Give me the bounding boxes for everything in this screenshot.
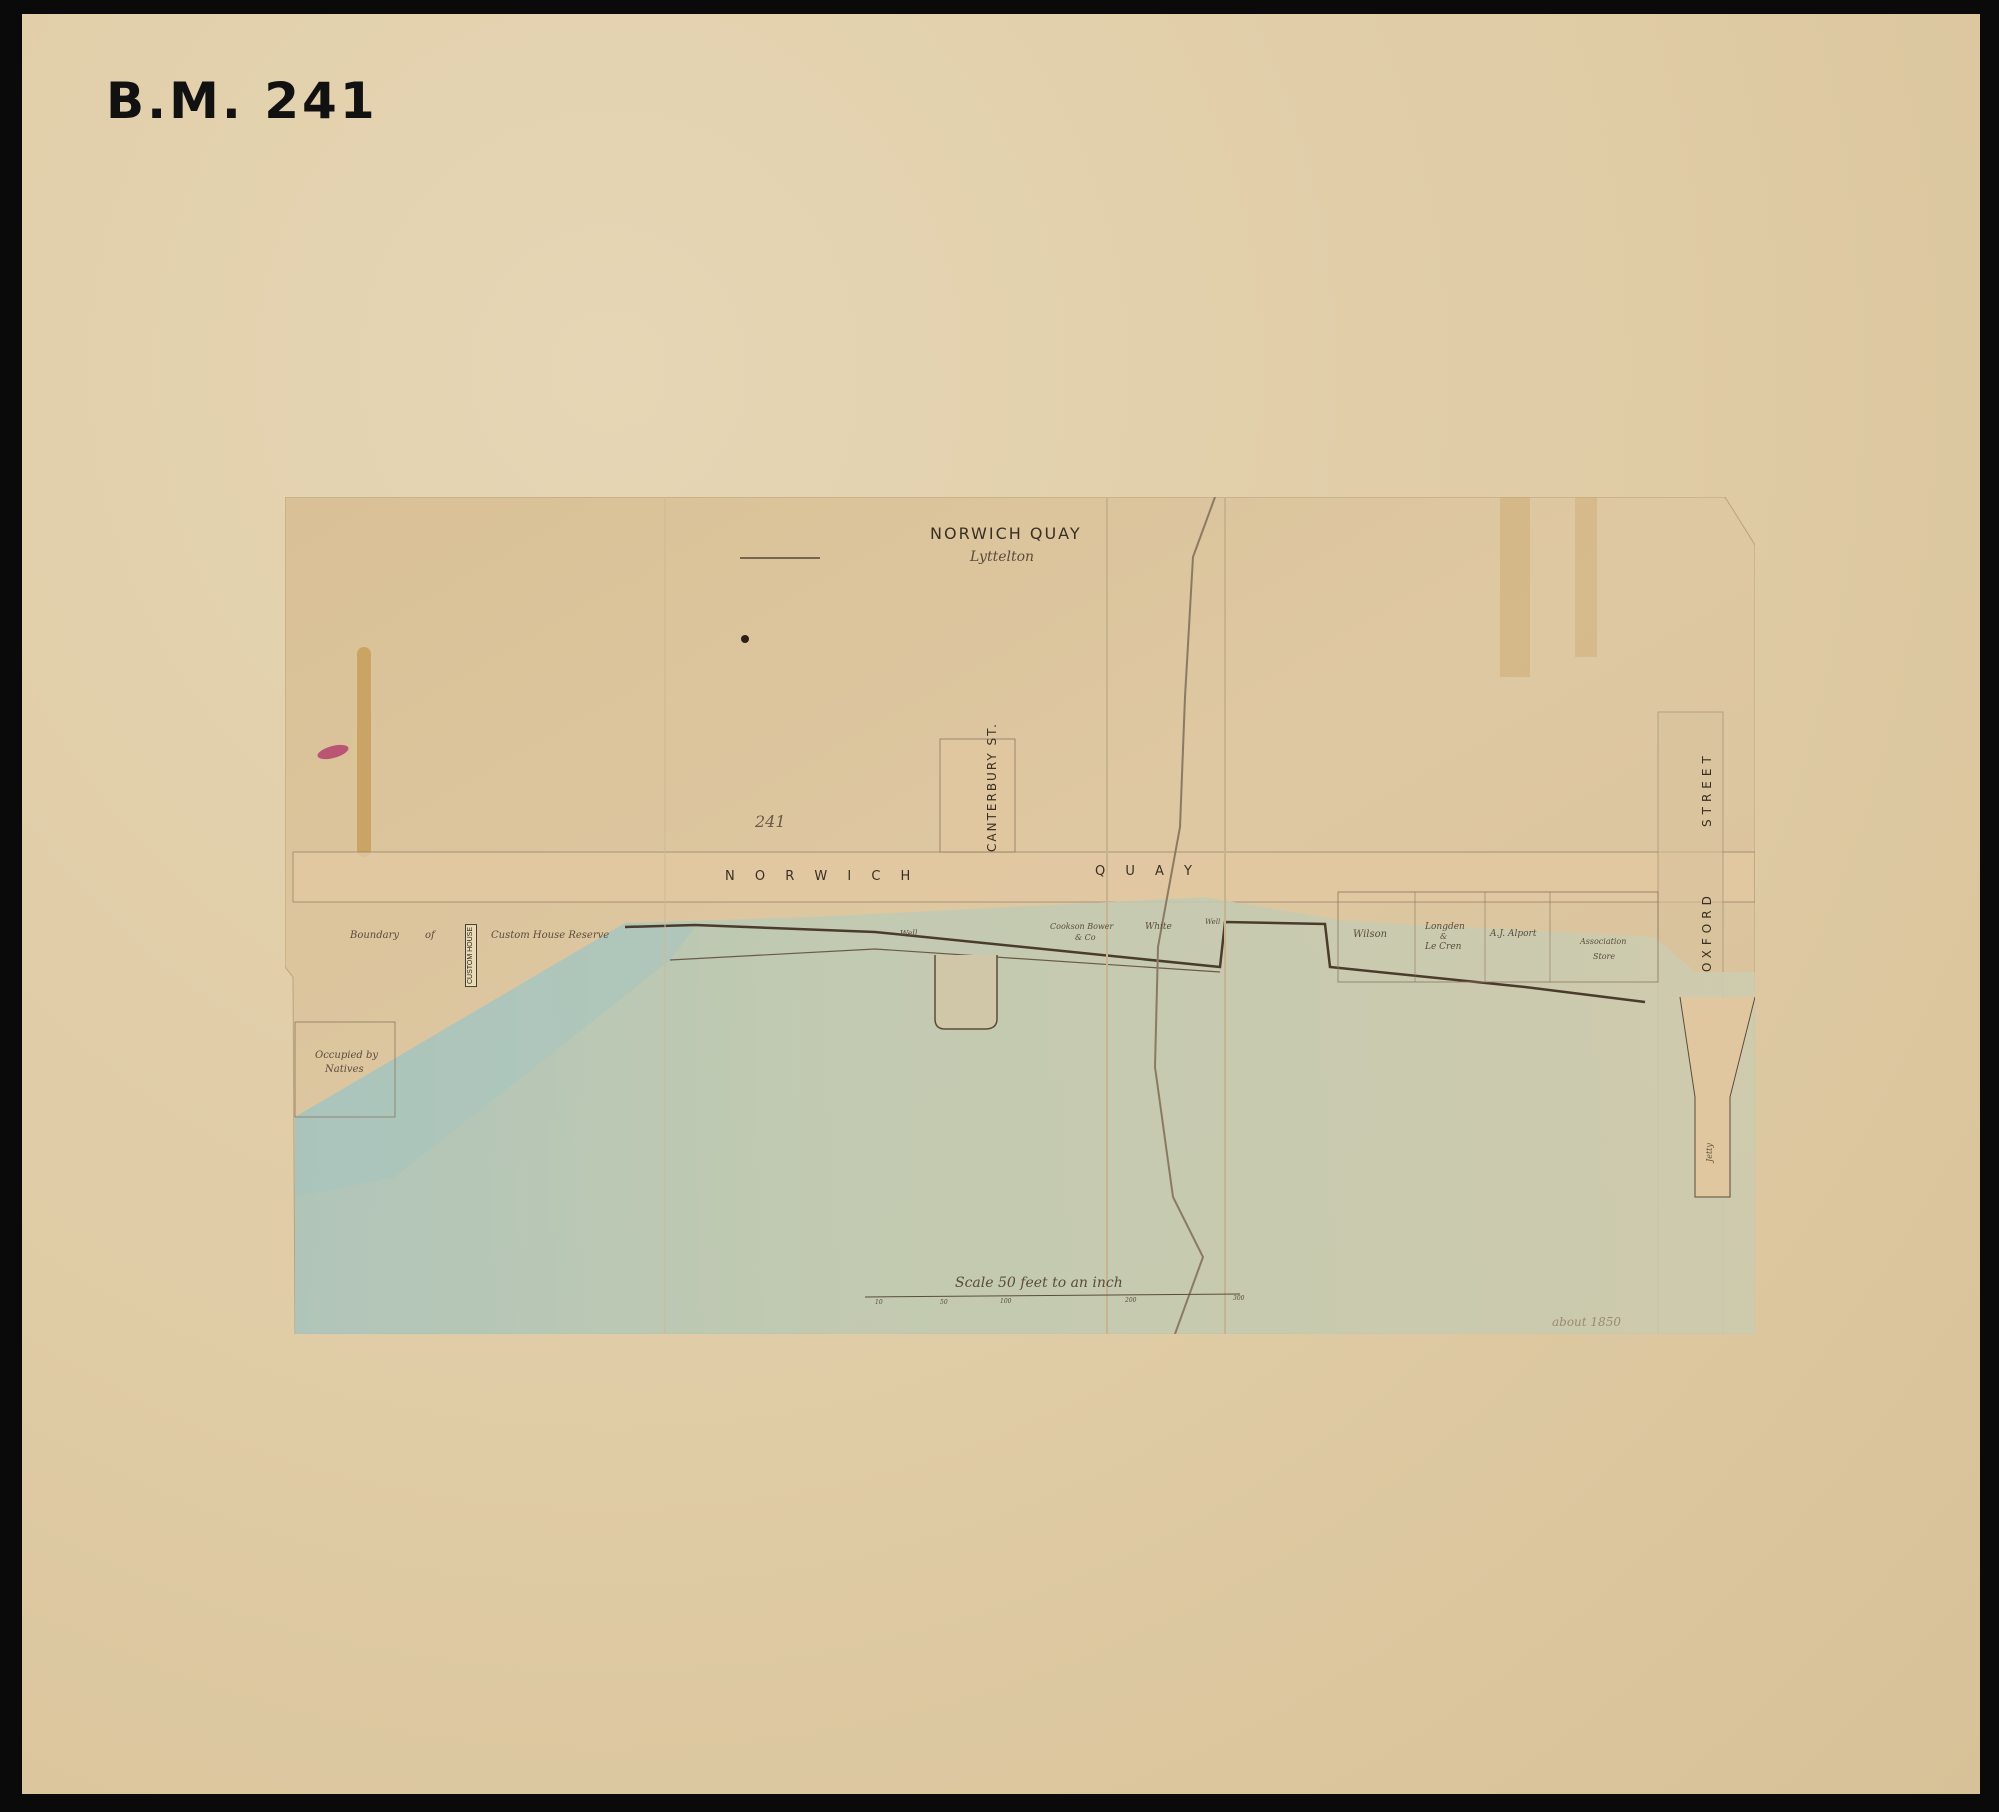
mount-board: B.M. 241 <box>22 14 1980 1794</box>
map-subtitle: Lyttelton <box>970 549 1034 565</box>
lot-label-longden-3: Le Cren <box>1425 942 1461 952</box>
jetty-label: Jetty <box>1705 1143 1714 1162</box>
occupied-label-2: Natives <box>325 1064 364 1075</box>
scale-label: Scale 50 feet to an inch <box>955 1275 1123 1291</box>
date-annotation: about 1850 <box>1552 1315 1621 1329</box>
boundary-label-1: Boundary <box>350 930 399 941</box>
lot-label-wilson: Wilson <box>1353 929 1387 940</box>
cookson-label-1: Cookson Bower <box>1050 922 1113 931</box>
scale-tick-4: 200 <box>1125 1297 1136 1304</box>
scale-tick-1: 10 <box>875 1299 883 1306</box>
lot-label-association-2: Store <box>1593 952 1615 961</box>
lot-label-alport: A.J. Alport <box>1490 929 1536 939</box>
map-title: NORWICH QUAY <box>930 524 1082 543</box>
cookson-label-2: & Co <box>1075 933 1096 942</box>
street-label-norwich: N O R W I C H <box>725 869 918 884</box>
map-sheet: NORWICH QUAY Lyttelton 241 N O R W I C H… <box>285 497 1755 1334</box>
custom-house-stamp: CUSTOM HOUSE <box>465 924 477 987</box>
pencil-number: 241 <box>755 812 786 831</box>
lot-label-longden-2: & <box>1440 932 1447 941</box>
scale-tick-5: 300 <box>1233 1295 1244 1302</box>
scale-tick-2: 50 <box>940 1299 948 1306</box>
boundary-label-3: Custom House Reserve <box>491 930 609 941</box>
occupied-label-1: Occupied by <box>315 1050 378 1061</box>
street-label-canterbury: CANTERBURY ST. <box>985 722 999 852</box>
lot-label-association-1: Association <box>1580 937 1626 946</box>
scale-tick-3: 100 <box>1000 1298 1011 1305</box>
map-drawing <box>285 497 1755 1334</box>
white-label: White <box>1145 922 1172 932</box>
street-label-street: STREET <box>1700 751 1714 827</box>
boundary-label-2: of <box>425 930 435 941</box>
lot-label-longden-1: Longden <box>1425 922 1465 932</box>
well-label-1: Well <box>900 929 917 938</box>
well-label-2: Well <box>1205 918 1220 926</box>
street-label-quay: Q U A Y <box>1095 864 1200 879</box>
street-label-oxford: OXFORD <box>1700 891 1714 972</box>
plate-id-label: B.M. 241 <box>106 72 378 130</box>
